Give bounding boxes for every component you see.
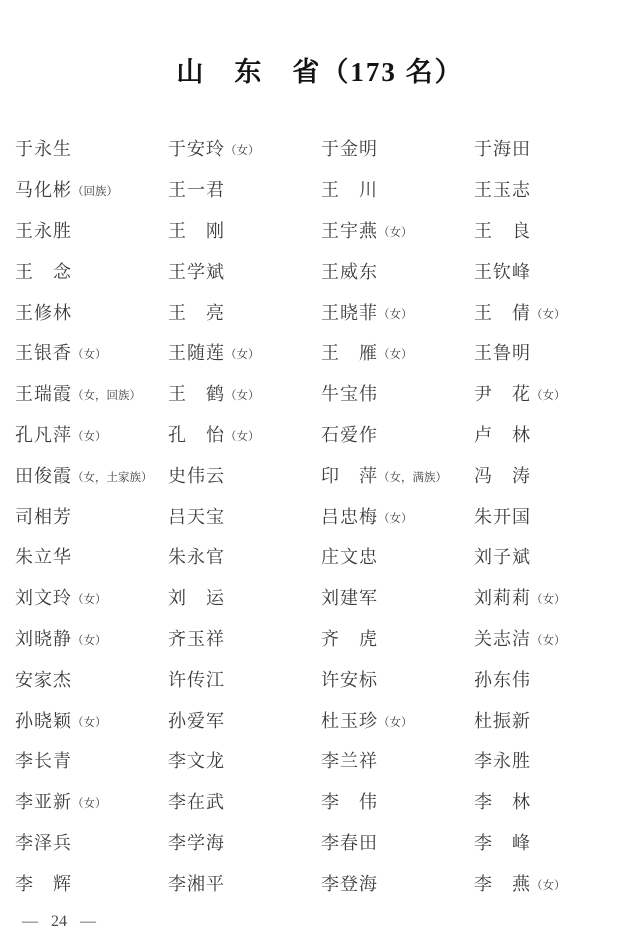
person-name: 李湘平 [168,874,225,894]
person-name: 刘 运 [168,588,225,608]
person-name: 李登海 [321,874,378,894]
person-name: 孔凡萍 [15,425,72,445]
person-name: 刘建军 [321,588,378,608]
grid-row: 马化彬（回族）王一君王 川王玉志 [15,169,627,210]
name-cell: 吕忠梅（女） [321,503,474,529]
name-cell: 许传江 [168,666,321,692]
person-name: 孙晓颖 [15,711,72,731]
person-name: 王随莲 [168,343,225,363]
person-name: 王 倩 [474,303,531,323]
name-cell: 王威东 [321,258,474,284]
person-name: 李兰祥 [321,751,378,771]
person-name: 孙爱军 [168,711,225,731]
name-cell: 刘文玲（女） [15,584,168,610]
person-name: 李 峰 [474,833,531,853]
name-cell: 石爱作 [321,421,474,447]
person-name: 安家杰 [15,670,72,690]
grid-row: 李长青李文龙李兰祥李永胜 [15,740,627,781]
person-note: （女） [378,309,413,321]
name-cell: 王学斌 [168,258,321,284]
person-name: 杜玉珍 [321,711,378,731]
name-cell: 孔凡萍（女） [15,421,168,447]
person-name: 许安标 [321,670,378,690]
person-note: （女） [378,349,413,361]
name-cell: 关志洁（女） [474,625,627,651]
name-cell: 王钦峰 [474,258,627,284]
name-cell: 于金明 [321,135,474,161]
name-cell: 卢 林 [474,421,627,447]
name-cell: 尹 花（女） [474,380,627,406]
name-cell: 于永生 [15,135,168,161]
person-name: 齐玉祥 [168,629,225,649]
name-cell: 孙晓颖（女） [15,707,168,733]
name-cell: 王修林 [15,299,168,325]
name-cell: 李泽兵 [15,829,168,855]
grid-row: 王银香（女）王随莲（女）王 雁（女）王鲁明 [15,332,627,373]
name-cell: 印 萍（女，满族） [321,462,474,488]
document-page: 山 东 省（173 名） 于永生于安玲（女）于金明于海田马化彬（回族）王一君王 … [0,0,640,947]
person-name: 王玉志 [474,180,531,200]
name-cell: 李 燕（女） [474,870,627,896]
name-cell: 杜玉珍（女） [321,707,474,733]
name-cell: 刘子斌 [474,543,627,569]
name-cell: 李文龙 [168,747,321,773]
person-name: 王修林 [15,303,72,323]
grid-row: 朱立华朱永官庄文忠刘子斌 [15,536,627,577]
person-name: 王银香 [15,343,72,363]
person-name: 王永胜 [15,221,72,241]
name-cell: 王瑞霞（女，回族） [15,380,168,406]
person-name: 李文龙 [168,751,225,771]
person-name: 冯 涛 [474,466,531,486]
person-note: （女） [225,431,260,443]
person-name: 王威东 [321,262,378,282]
grid-row: 刘文玲（女）刘 运刘建军刘莉莉（女） [15,577,627,618]
person-name: 李长青 [15,751,72,771]
person-note: （女，土家族） [72,472,153,484]
name-cell: 司相芳 [15,503,168,529]
name-cell: 朱开国 [474,503,627,529]
name-cell: 王宇燕（女） [321,217,474,243]
name-cell: 刘莉莉（女） [474,584,627,610]
person-name: 庄文忠 [321,547,378,567]
person-name: 刘莉莉 [474,588,531,608]
person-name: 王 鹤 [168,384,225,404]
name-cell: 王玉志 [474,176,627,202]
page-title: 山 东 省（173 名） [0,50,640,89]
name-cell: 王随莲（女） [168,339,321,365]
name-cell: 田俊霞（女，土家族） [15,462,168,488]
name-cell: 马化彬（回族） [15,176,168,202]
grid-row: 王 念王学斌王威东王钦峰 [15,250,627,291]
name-grid: 于永生于安玲（女）于金明于海田马化彬（回族）王一君王 川王玉志王永胜王 刚王宇燕… [15,128,627,903]
person-name: 卢 林 [474,425,531,445]
grid-row: 李 辉李湘平李登海李 燕（女） [15,862,627,903]
grid-row: 田俊霞（女，土家族）史伟云印 萍（女，满族）冯 涛 [15,454,627,495]
name-cell: 史伟云 [168,462,321,488]
grid-row: 刘晓静（女）齐玉祥齐 虎关志洁（女） [15,618,627,659]
name-cell: 李 林 [474,788,627,814]
name-cell: 冯 涛 [474,462,627,488]
person-name: 王钦峰 [474,262,531,282]
person-name: 史伟云 [168,466,225,486]
person-name: 司相芳 [15,507,72,527]
person-name: 王瑞霞 [15,384,72,404]
person-name: 孙东伟 [474,670,531,690]
person-name: 孔 怡 [168,425,225,445]
person-name: 牛宝伟 [321,384,378,404]
person-name: 印 萍 [321,466,378,486]
name-cell: 王 鹤（女） [168,380,321,406]
person-note: （女） [225,349,260,361]
person-name: 刘文玲 [15,588,72,608]
name-cell: 于安玲（女） [168,135,321,161]
person-note: （女） [531,594,566,606]
person-name: 田俊霞 [15,466,72,486]
name-cell: 于海田 [474,135,627,161]
name-cell: 许安标 [321,666,474,692]
name-cell: 孔 怡（女） [168,421,321,447]
person-note: （女） [531,390,566,402]
person-note: （回族） [72,186,118,198]
person-name: 王晓菲 [321,303,378,323]
person-name: 马化彬 [15,180,72,200]
person-name: 李 伟 [321,792,378,812]
name-cell: 安家杰 [15,666,168,692]
person-name: 王 亮 [168,303,225,323]
person-note: （女） [72,349,107,361]
name-cell: 李学海 [168,829,321,855]
person-note: （女） [72,431,107,443]
name-cell: 王银香（女） [15,339,168,365]
name-cell: 李在武 [168,788,321,814]
grid-row: 王瑞霞（女，回族）王 鹤（女）牛宝伟尹 花（女） [15,373,627,414]
person-name: 李泽兵 [15,833,72,853]
grid-row: 李亚新（女）李在武李 伟李 林 [15,781,627,822]
person-name: 李 林 [474,792,531,812]
person-name: 朱开国 [474,507,531,527]
name-cell: 李湘平 [168,870,321,896]
name-cell: 齐玉祥 [168,625,321,651]
person-name: 关志洁 [474,629,531,649]
person-name: 王宇燕 [321,221,378,241]
person-name: 王鲁明 [474,343,531,363]
name-cell: 刘 运 [168,584,321,610]
name-cell: 朱永官 [168,543,321,569]
name-cell: 吕天宝 [168,503,321,529]
person-note: （女） [72,594,107,606]
person-name: 王 雁 [321,343,378,363]
name-cell: 王 良 [474,217,627,243]
person-name: 王 川 [321,180,378,200]
name-cell: 牛宝伟 [321,380,474,406]
grid-row: 安家杰许传江许安标孙东伟 [15,658,627,699]
grid-row: 司相芳吕天宝吕忠梅（女）朱开国 [15,495,627,536]
person-name: 于金明 [321,139,378,159]
person-name: 李春田 [321,833,378,853]
person-name: 王 良 [474,221,531,241]
person-name: 朱永官 [168,547,225,567]
person-name: 杜振新 [474,711,531,731]
name-cell: 王 川 [321,176,474,202]
name-cell: 王 亮 [168,299,321,325]
person-note: （女） [72,798,107,810]
name-cell: 刘晓静（女） [15,625,168,651]
name-cell: 李兰祥 [321,747,474,773]
grid-row: 孙晓颖（女）孙爱军杜玉珍（女）杜振新 [15,699,627,740]
person-name: 齐 虎 [321,629,378,649]
name-cell: 李永胜 [474,747,627,773]
person-note: （女，回族） [72,390,141,402]
name-cell: 李 辉 [15,870,168,896]
person-note: （女） [531,880,566,892]
name-cell: 王鲁明 [474,339,627,365]
person-name: 吕天宝 [168,507,225,527]
person-name: 王 念 [15,262,72,282]
person-name: 吕忠梅 [321,507,378,527]
name-cell: 王晓菲（女） [321,299,474,325]
person-name: 朱立华 [15,547,72,567]
person-note: （女） [225,145,260,157]
person-note: （女） [531,635,566,647]
name-cell: 李 峰 [474,829,627,855]
name-cell: 李长青 [15,747,168,773]
name-cell: 李 伟 [321,788,474,814]
name-cell: 孙爱军 [168,707,321,733]
grid-row: 孔凡萍（女）孔 怡（女）石爱作卢 林 [15,414,627,455]
name-cell: 王永胜 [15,217,168,243]
person-name: 李 燕 [474,874,531,894]
person-name: 石爱作 [321,425,378,445]
person-note: （女） [225,390,260,402]
name-cell: 庄文忠 [321,543,474,569]
person-name: 李 辉 [15,874,72,894]
person-name: 李永胜 [474,751,531,771]
person-name: 李学海 [168,833,225,853]
person-name: 李亚新 [15,792,72,812]
person-note: （女） [72,635,107,647]
person-note: （女） [531,309,566,321]
name-cell: 齐 虎 [321,625,474,651]
name-cell: 孙东伟 [474,666,627,692]
name-cell: 王 雁（女） [321,339,474,365]
name-cell: 李登海 [321,870,474,896]
grid-row: 于永生于安玲（女）于金明于海田 [15,128,627,169]
person-note: （女） [378,227,413,239]
person-name: 王 刚 [168,221,225,241]
name-cell: 王 倩（女） [474,299,627,325]
person-name: 刘子斌 [474,547,531,567]
person-name: 许传江 [168,670,225,690]
name-cell: 刘建军 [321,584,474,610]
person-name: 王一君 [168,180,225,200]
name-cell: 王 刚 [168,217,321,243]
person-name: 于安玲 [168,139,225,159]
grid-row: 王修林王 亮王晓菲（女）王 倩（女） [15,291,627,332]
person-name: 尹 花 [474,384,531,404]
person-name: 刘晓静 [15,629,72,649]
name-cell: 朱立华 [15,543,168,569]
person-note: （女，满族） [378,472,447,484]
footer-page-number: — 24 — [22,913,96,931]
person-name: 于永生 [15,139,72,159]
grid-row: 李泽兵李学海李春田李 峰 [15,822,627,863]
person-note: （女） [72,717,107,729]
name-cell: 王一君 [168,176,321,202]
grid-row: 王永胜王 刚王宇燕（女）王 良 [15,210,627,251]
person-note: （女） [378,717,413,729]
name-cell: 杜振新 [474,707,627,733]
person-note: （女） [378,513,413,525]
name-cell: 李亚新（女） [15,788,168,814]
person-name: 王学斌 [168,262,225,282]
name-cell: 王 念 [15,258,168,284]
person-name: 于海田 [474,139,531,159]
person-name: 李在武 [168,792,225,812]
name-cell: 李春田 [321,829,474,855]
